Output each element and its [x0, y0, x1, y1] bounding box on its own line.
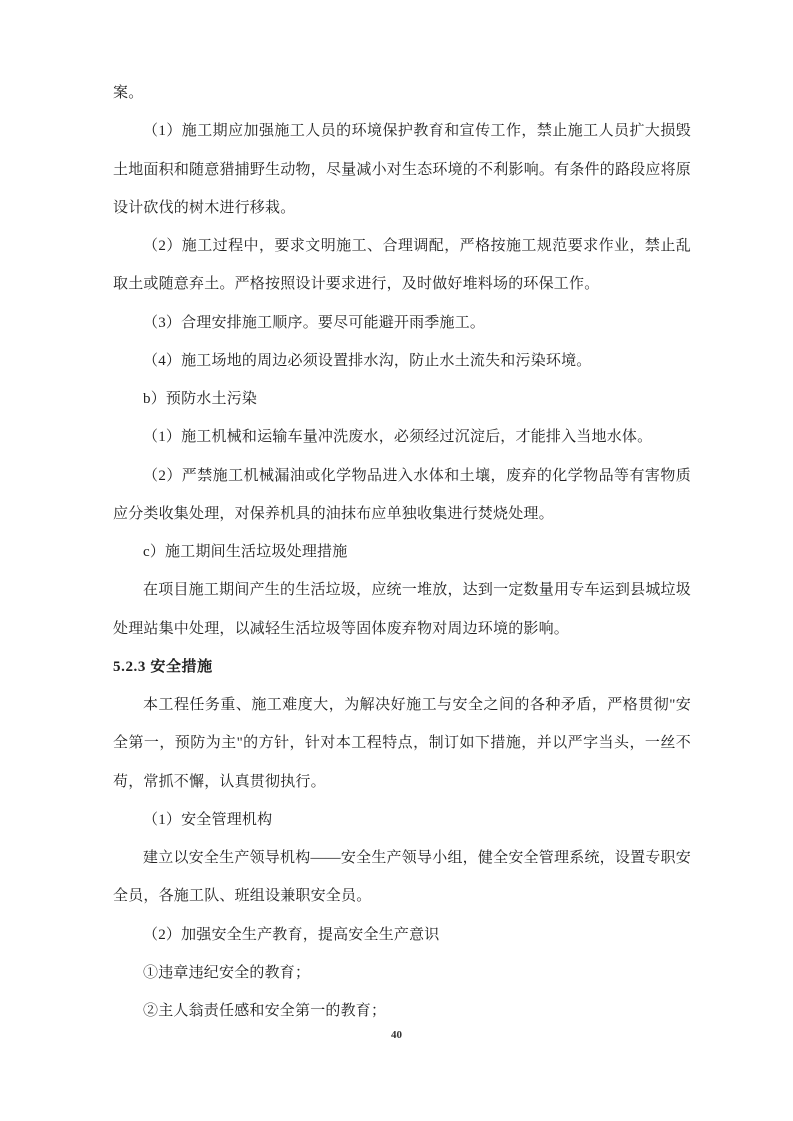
page-body: 案。（1）施工期应加强施工人员的环境保护教育和宣传工作，禁止施工人员扩大损毁土地…	[113, 74, 691, 1030]
paragraph: ②主人翁责任感和安全第一的教育；	[113, 992, 691, 1030]
paragraph: ①违章违纪安全的教育；	[113, 954, 691, 992]
paragraph: （3）合理安排施工顺序。要尽可能避开雨季施工。	[113, 304, 691, 342]
paragraph: b）预防水土污染	[113, 380, 691, 418]
paragraph: （2）严禁施工机械漏油或化学物品进入水体和土壤，废弃的化学物品等有害物质应分类收…	[113, 457, 691, 534]
paragraph: （4）施工场地的周边必须设置排水沟，防止水土流失和污染环境。	[113, 342, 691, 380]
paragraph: （2）加强安全生产教育，提高安全生产意识	[113, 916, 691, 954]
paragraph: 本工程任务重、施工难度大，为解决好施工与安全之间的各种矛盾，严格贯彻"安全第一，…	[113, 686, 691, 801]
paragraph: （2）施工过程中，要求文明施工、合理调配，严格按施工规范要求作业，禁止乱取土或随…	[113, 227, 691, 304]
section-heading: 5.2.3 安全措施	[113, 648, 691, 686]
paragraph: 案。	[113, 74, 691, 112]
paragraph: c）施工期间生活垃圾处理措施	[113, 533, 691, 571]
paragraph: 在项目施工期间产生的生活垃圾，应统一堆放，达到一定数量用专车运到县城垃圾处理站集…	[113, 571, 691, 648]
document-page[interactable]: 案。（1）施工期应加强施工人员的环境保护教育和宣传工作，禁止施工人员扩大损毁土地…	[0, 0, 793, 1121]
paragraph: 建立以安全生产领导机构——安全生产领导小组，健全安全管理系统，设置专职安全员，各…	[113, 839, 691, 916]
page-number: 40	[0, 1029, 793, 1041]
paragraph: （1）安全管理机构	[113, 801, 691, 839]
paragraph: （1）施工机械和运输车量冲洗废水，必须经过沉淀后，才能排入当地水体。	[113, 418, 691, 456]
paragraph: （1）施工期应加强施工人员的环境保护教育和宣传工作，禁止施工人员扩大损毁土地面积…	[113, 112, 691, 227]
